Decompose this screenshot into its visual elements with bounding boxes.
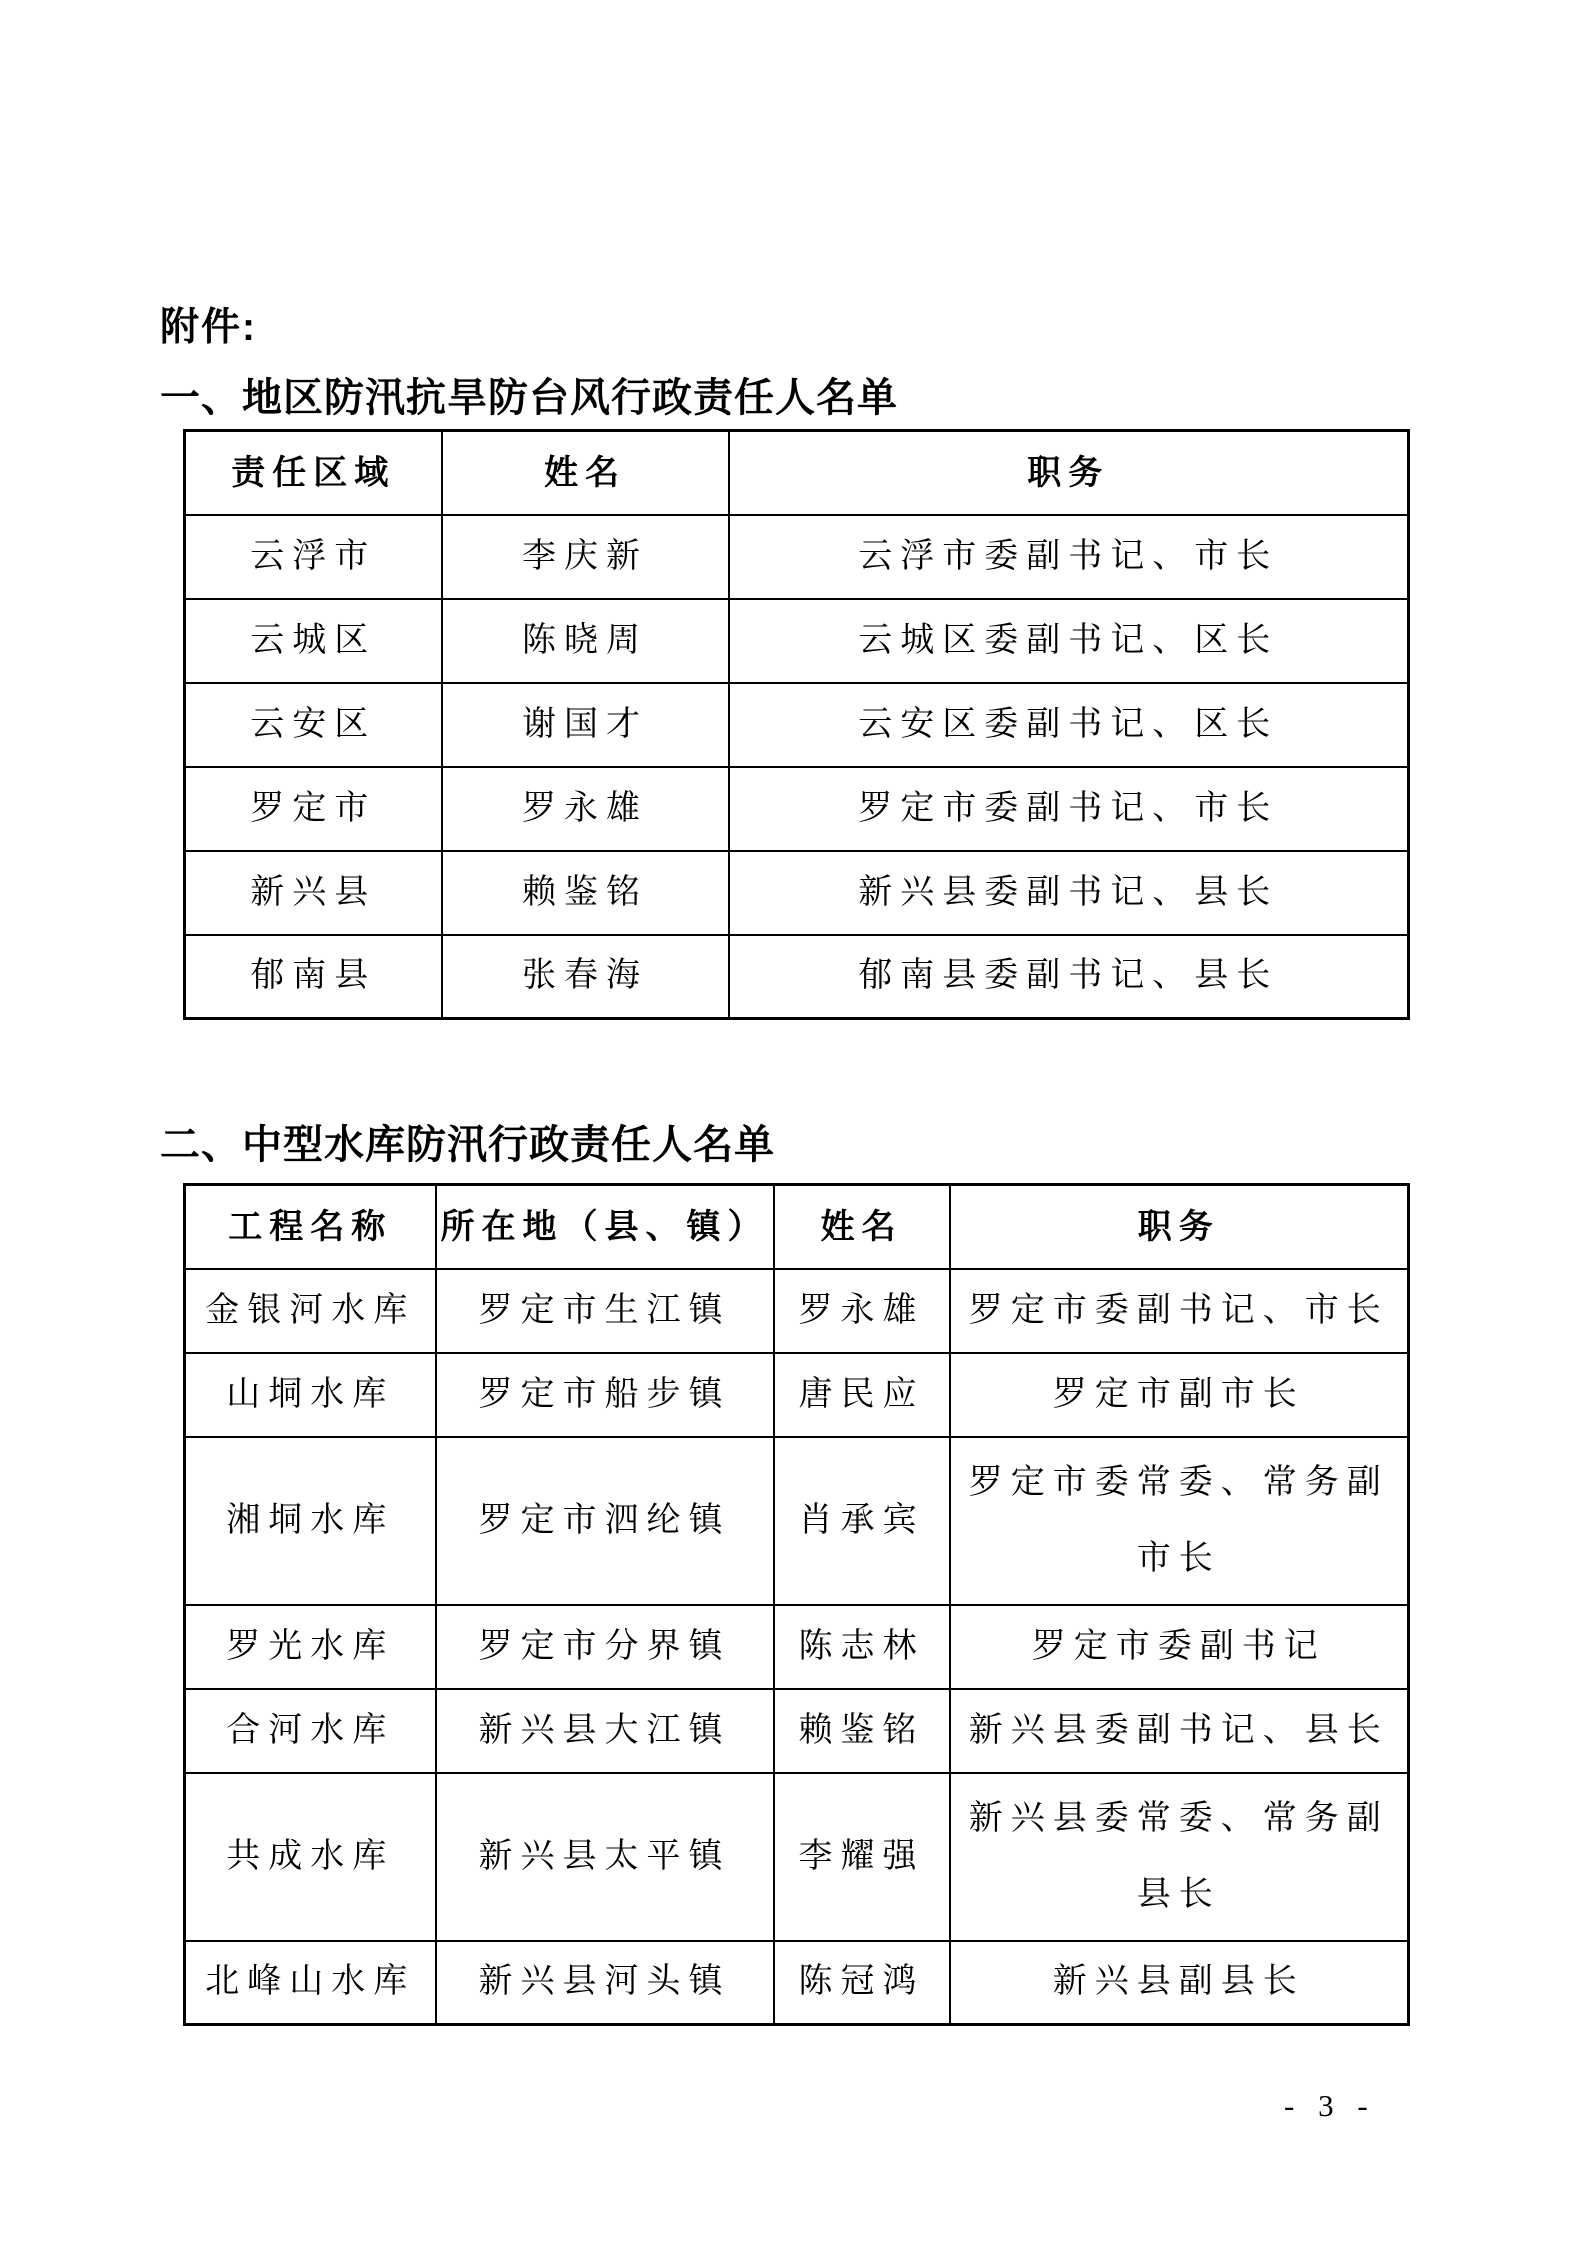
table-row: 山垌水库 罗定市船步镇 唐民应 罗定市副市长 bbox=[185, 1353, 1409, 1437]
cell-position: 新兴县委常委、常务副县长 bbox=[950, 1773, 1409, 1941]
cell-project: 金银河水库 bbox=[185, 1269, 436, 1353]
cell-position: 罗定市委常委、常务副市长 bbox=[950, 1437, 1409, 1605]
table-row: 云浮市 李庆新 云浮市委副书记、市长 bbox=[185, 515, 1409, 599]
table-header-row: 责任区域 姓名 职务 bbox=[185, 431, 1409, 515]
attachment-label: 附件: bbox=[160, 296, 257, 352]
cell-position: 罗定市副市长 bbox=[950, 1353, 1409, 1437]
table-row: 新兴县 赖鉴铭 新兴县委副书记、县长 bbox=[185, 851, 1409, 935]
table-row: 云城区 陈晓周 云城区委副书记、区长 bbox=[185, 599, 1409, 683]
table-row: 云安区 谢国才 云安区委副书记、区长 bbox=[185, 683, 1409, 767]
cell-project: 北峰山水库 bbox=[185, 1941, 436, 2025]
cell-name: 赖鉴铭 bbox=[774, 1689, 950, 1773]
table-header-row: 工程名称 所在地（县、镇） 姓名 职务 bbox=[185, 1185, 1409, 1269]
cell-region: 郁南县 bbox=[185, 935, 442, 1019]
cell-position: 新兴县委副书记、县长 bbox=[950, 1689, 1409, 1773]
column-header-project: 工程名称 bbox=[185, 1185, 436, 1269]
document-page: 附件: 一、地区防汛抗旱防台风行政责任人名单 责任区域 姓名 职务 云浮市 李庆… bbox=[0, 0, 1587, 2245]
cell-project: 罗光水库 bbox=[185, 1605, 436, 1689]
cell-position: 罗定市委副书记、市长 bbox=[729, 767, 1409, 851]
cell-name: 罗永雄 bbox=[774, 1269, 950, 1353]
cell-project: 共成水库 bbox=[185, 1773, 436, 1941]
cell-region: 新兴县 bbox=[185, 851, 442, 935]
cell-location: 罗定市生江镇 bbox=[436, 1269, 774, 1353]
cell-project: 湘垌水库 bbox=[185, 1437, 436, 1605]
column-header-region: 责任区域 bbox=[185, 431, 442, 515]
cell-name: 张春海 bbox=[442, 935, 729, 1019]
cell-position: 云安区委副书记、区长 bbox=[729, 683, 1409, 767]
cell-position: 新兴县副县长 bbox=[950, 1941, 1409, 2025]
column-header-name: 姓名 bbox=[774, 1185, 950, 1269]
cell-name: 陈晓周 bbox=[442, 599, 729, 683]
cell-name: 唐民应 bbox=[774, 1353, 950, 1437]
cell-position: 云浮市委副书记、市长 bbox=[729, 515, 1409, 599]
cell-position: 罗定市委副书记 bbox=[950, 1605, 1409, 1689]
cell-position: 云城区委副书记、区长 bbox=[729, 599, 1409, 683]
cell-location: 罗定市船步镇 bbox=[436, 1353, 774, 1437]
section2-table: 工程名称 所在地（县、镇） 姓名 职务 金银河水库 罗定市生江镇 罗永雄 罗定市… bbox=[183, 1183, 1410, 2026]
cell-location: 新兴县太平镇 bbox=[436, 1773, 774, 1941]
table-row: 罗定市 罗永雄 罗定市委副书记、市长 bbox=[185, 767, 1409, 851]
cell-project: 合河水库 bbox=[185, 1689, 436, 1773]
table-row: 北峰山水库 新兴县河头镇 陈冠鸿 新兴县副县长 bbox=[185, 1941, 1409, 2025]
cell-name: 李耀强 bbox=[774, 1773, 950, 1941]
cell-name: 陈冠鸿 bbox=[774, 1941, 950, 2025]
table-row: 共成水库 新兴县太平镇 李耀强 新兴县委常委、常务副县长 bbox=[185, 1773, 1409, 1941]
cell-location: 新兴县河头镇 bbox=[436, 1941, 774, 2025]
cell-location: 罗定市泗纶镇 bbox=[436, 1437, 774, 1605]
cell-name: 李庆新 bbox=[442, 515, 729, 599]
table-row: 合河水库 新兴县大江镇 赖鉴铭 新兴县委副书记、县长 bbox=[185, 1689, 1409, 1773]
cell-region: 罗定市 bbox=[185, 767, 442, 851]
table-row: 罗光水库 罗定市分界镇 陈志林 罗定市委副书记 bbox=[185, 1605, 1409, 1689]
page-number: - 3 - bbox=[1284, 2088, 1371, 2124]
section1-table: 责任区域 姓名 职务 云浮市 李庆新 云浮市委副书记、市长 云城区 陈晓周 云城… bbox=[183, 429, 1410, 1020]
table-row: 郁南县 张春海 郁南县委副书记、县长 bbox=[185, 935, 1409, 1019]
column-header-position: 职务 bbox=[729, 431, 1409, 515]
section2-heading: 二、中型水库防汛行政责任人名单 bbox=[160, 1113, 775, 1170]
cell-name: 肖承宾 bbox=[774, 1437, 950, 1605]
column-header-name: 姓名 bbox=[442, 431, 729, 515]
cell-region: 云安区 bbox=[185, 683, 442, 767]
cell-name: 陈志林 bbox=[774, 1605, 950, 1689]
cell-position: 郁南县委副书记、县长 bbox=[729, 935, 1409, 1019]
cell-location: 新兴县大江镇 bbox=[436, 1689, 774, 1773]
cell-position: 新兴县委副书记、县长 bbox=[729, 851, 1409, 935]
column-header-position: 职务 bbox=[950, 1185, 1409, 1269]
cell-name: 罗永雄 bbox=[442, 767, 729, 851]
section1-heading: 一、地区防汛抗旱防台风行政责任人名单 bbox=[160, 366, 898, 423]
cell-name: 谢国才 bbox=[442, 683, 729, 767]
cell-name: 赖鉴铭 bbox=[442, 851, 729, 935]
column-header-location: 所在地（县、镇） bbox=[436, 1185, 774, 1269]
cell-location: 罗定市分界镇 bbox=[436, 1605, 774, 1689]
cell-region: 云浮市 bbox=[185, 515, 442, 599]
table-row: 金银河水库 罗定市生江镇 罗永雄 罗定市委副书记、市长 bbox=[185, 1269, 1409, 1353]
cell-project: 山垌水库 bbox=[185, 1353, 436, 1437]
table-row: 湘垌水库 罗定市泗纶镇 肖承宾 罗定市委常委、常务副市长 bbox=[185, 1437, 1409, 1605]
cell-region: 云城区 bbox=[185, 599, 442, 683]
cell-position: 罗定市委副书记、市长 bbox=[950, 1269, 1409, 1353]
